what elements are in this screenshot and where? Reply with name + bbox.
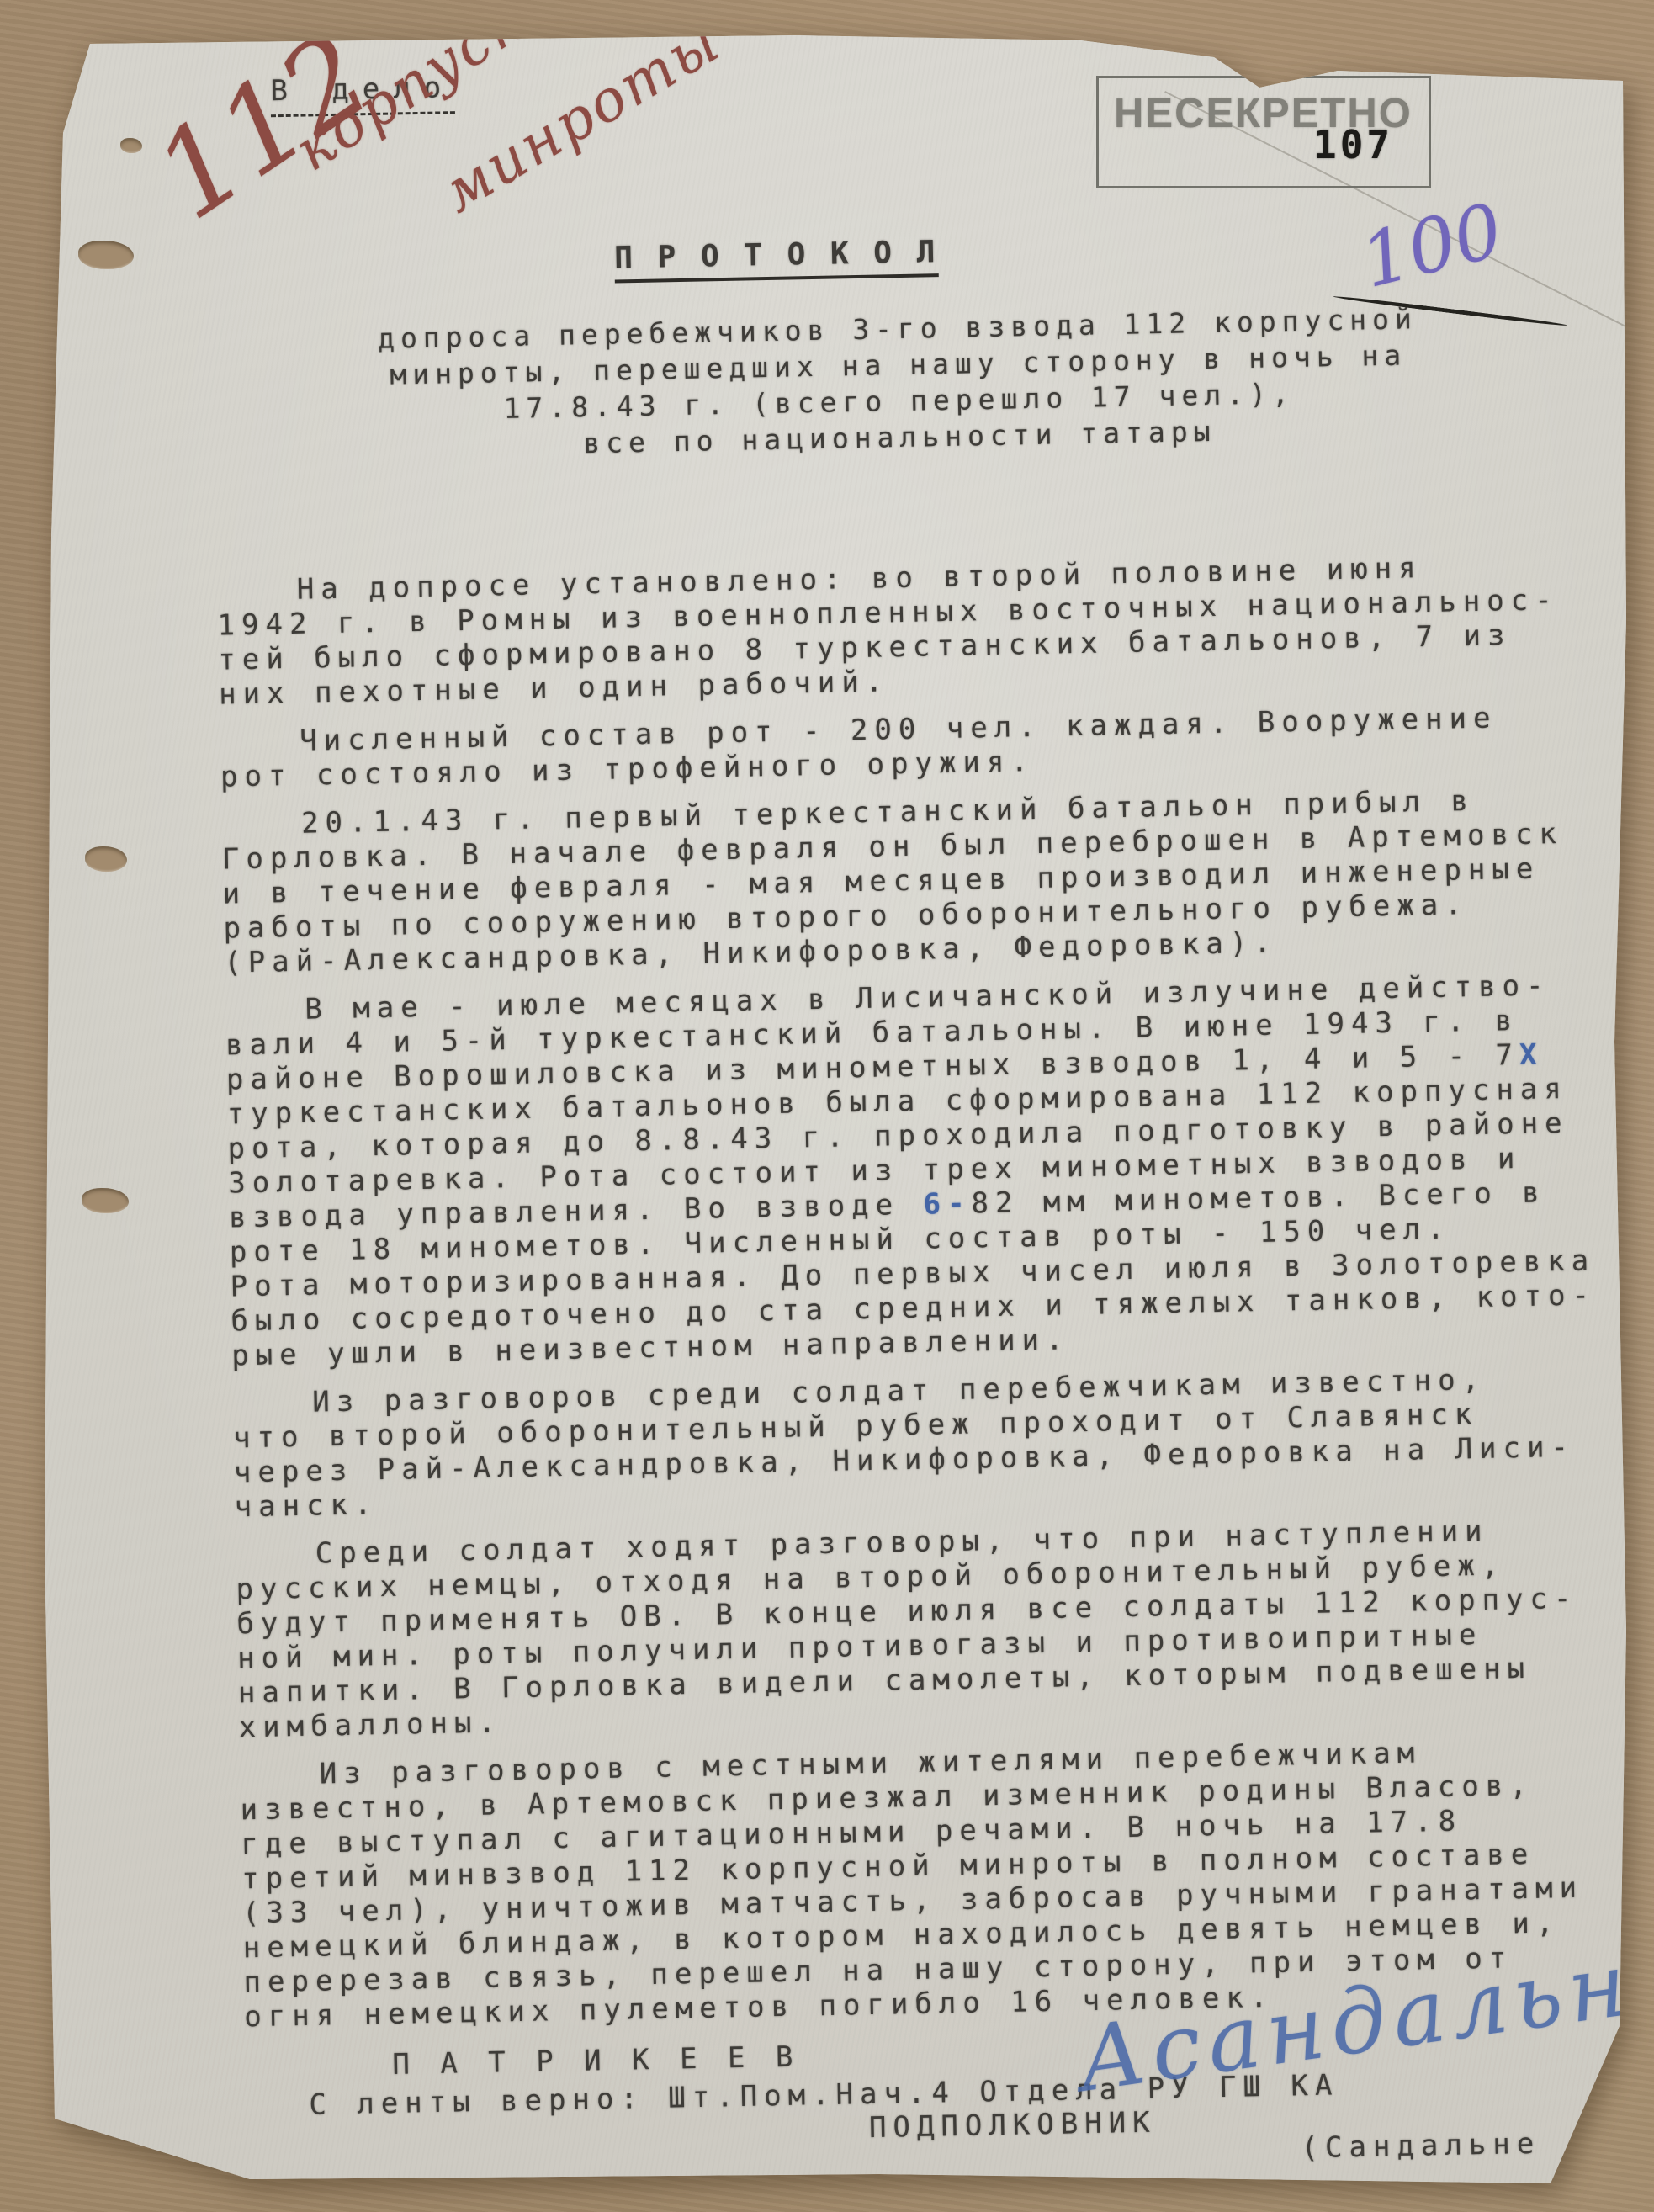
blue-ink-mark: 6- [923, 1187, 972, 1222]
paragraphs: На допросе установлено: во второй полови… [216, 547, 1654, 2048]
document-sheet-wrap: НЕСЕКРЕТНО 107 В дело П Р О Т О К О Л до… [38, 32, 1626, 2183]
rank-line: ПОДПОЛКОВНИК [869, 2106, 1157, 2146]
name-in-parentheses: (Сандальне [1301, 2127, 1540, 2165]
document-paper: НЕСЕКРЕТНО 107 В дело П Р О Т О К О Л до… [38, 32, 1626, 2183]
blue-ink-mark: Х [1519, 1037, 1544, 1072]
paragraph: 20.1.43 г. первый теркестанский батальон… [221, 781, 1638, 980]
paragraph: Численный состав рот - 200 чел. каждая. … [220, 698, 1634, 794]
typewritten-layer: В дело П Р О Т О К О Л допроса перебежчи… [17, 5, 1646, 2187]
cardboard-background: НЕСЕКРЕТНО 107 В дело П Р О Т О К О Л до… [0, 0, 1654, 2212]
paragraph: В мае - июле месяцах в Лисичанской излуч… [225, 967, 1645, 1373]
paragraph: Среди солдат ходят разговоры, что при на… [235, 1511, 1651, 1745]
document-title: П Р О Т О К О Л [614, 235, 939, 283]
paragraph: На допросе установлено: во второй полови… [216, 547, 1632, 712]
paragraph: Из разговоров среди солдат перебежчикам … [232, 1360, 1648, 1525]
signature-name: П А Т Р И К Е Е В [392, 2040, 800, 2082]
document-subtitle: допроса перебежчиков 3-го взвода 112 кор… [351, 300, 1447, 466]
